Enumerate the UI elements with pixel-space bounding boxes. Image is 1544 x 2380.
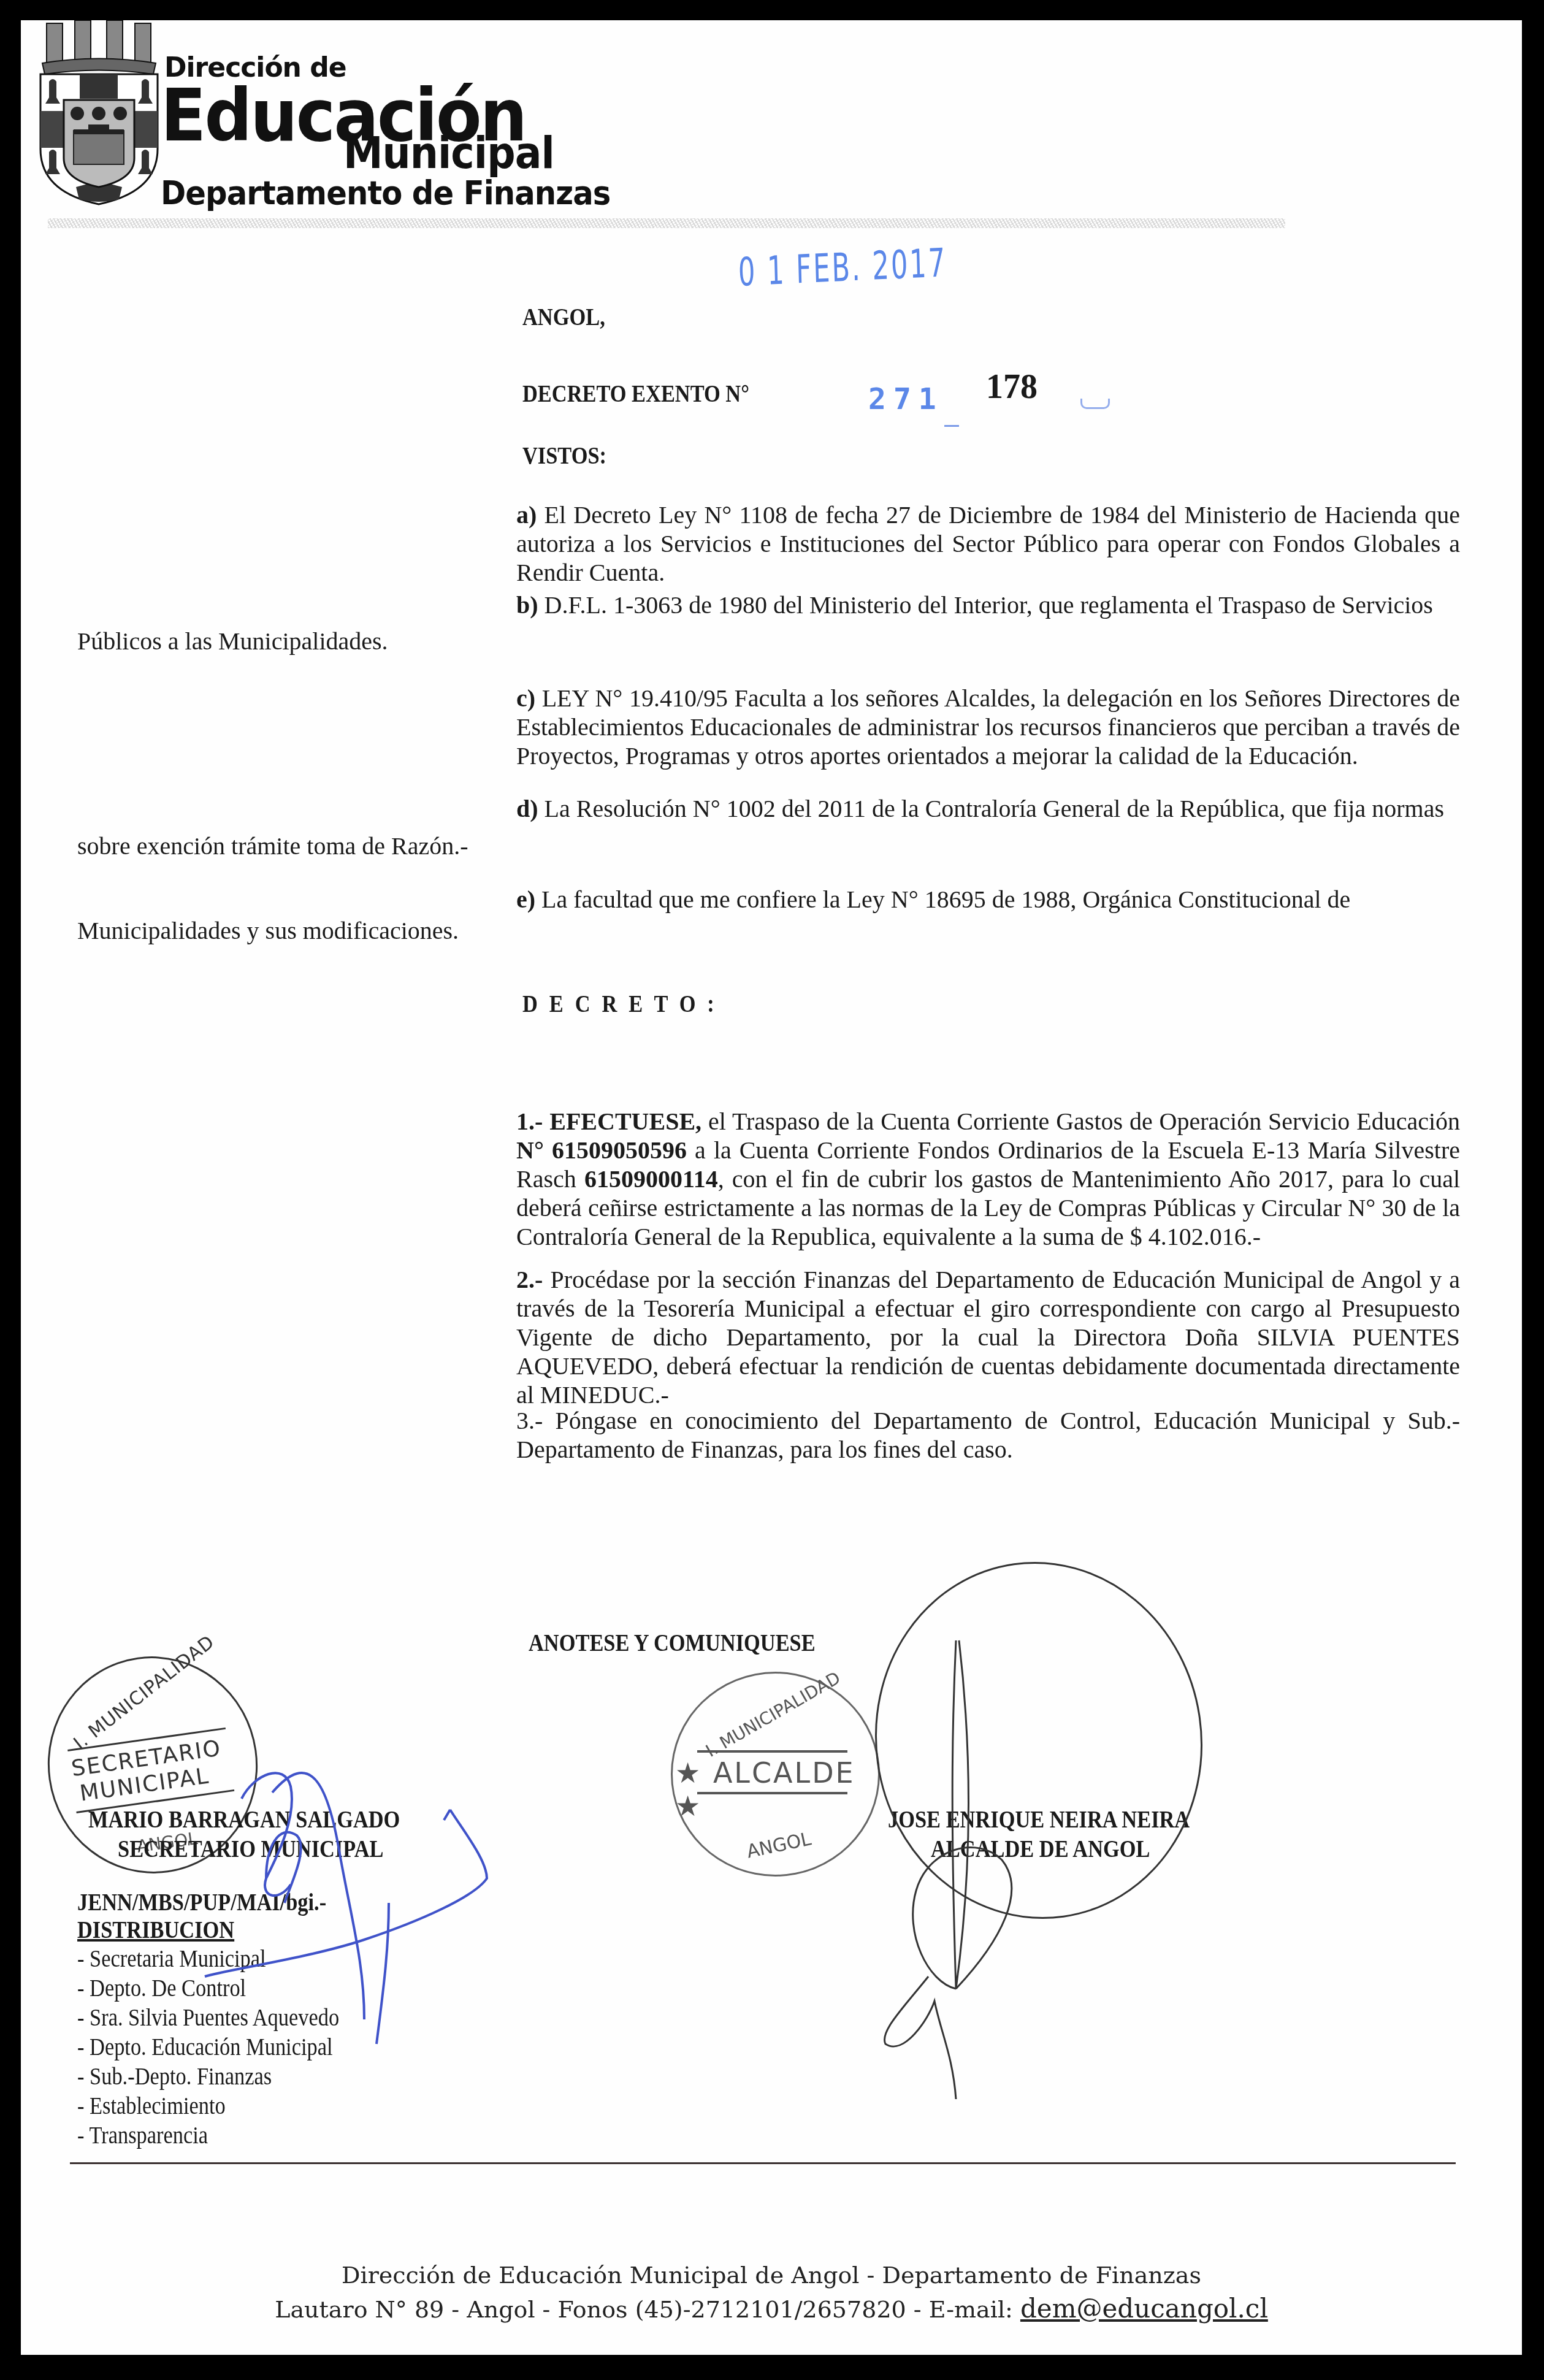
footer-line-1: Dirección de Educación Municipal de Ango… [21,2262,1522,2289]
secretary-signature-icon [205,1773,487,2044]
footer-line-2: Lautaro N° 89 - Angol - Fonos (45)-27121… [21,2294,1522,2324]
footer-divider [70,2162,1456,2164]
mayor-signature-icon [853,1542,1225,2099]
footer-email-link[interactable]: dem@educangol.cl [1020,2294,1268,2324]
decree-page: Dirección de Educación Municipal Departa… [21,20,1522,2355]
signatures [21,20,1522,2355]
